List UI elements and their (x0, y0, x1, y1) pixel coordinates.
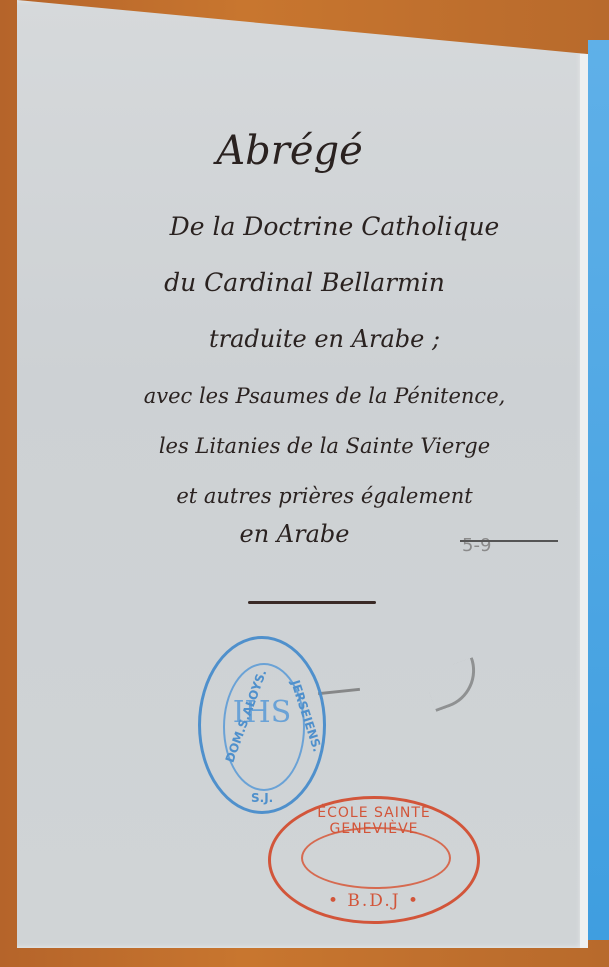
title-line-7: en Arabe (0, 520, 599, 548)
document-title: Abrégé (0, 128, 594, 174)
title-line-6: et autres prières également (20, 484, 609, 508)
divider-rule (248, 601, 376, 604)
shelf-mark-strike (460, 540, 558, 542)
stamp-text-bottom: S.J. (251, 791, 273, 805)
title-line-5: les Litanies de la Sainte Vierge (20, 434, 609, 458)
title-line-3: traduite en Arabe ; (20, 325, 609, 353)
stamp-text-bottom: • B.D.J • (271, 891, 477, 911)
title-line-1: De la Doctrine Catholique (30, 212, 609, 241)
red-school-stamp: ÉCOLE SAINTE GENEVIÈVE • B.D.J • (268, 796, 480, 924)
stamp-text-top: ÉCOLE SAINTE GENEVIÈVE (271, 805, 477, 837)
title-line-4: avec les Psaumes de la Pénitence, (20, 384, 609, 408)
title-line-2: du Cardinal Bellarmin (0, 268, 609, 297)
blue-library-stamp: IHS DOM.S.ALOYS. JERSEIENS. S.J. (198, 636, 326, 814)
shelf-mark: 5-9 (462, 535, 491, 556)
